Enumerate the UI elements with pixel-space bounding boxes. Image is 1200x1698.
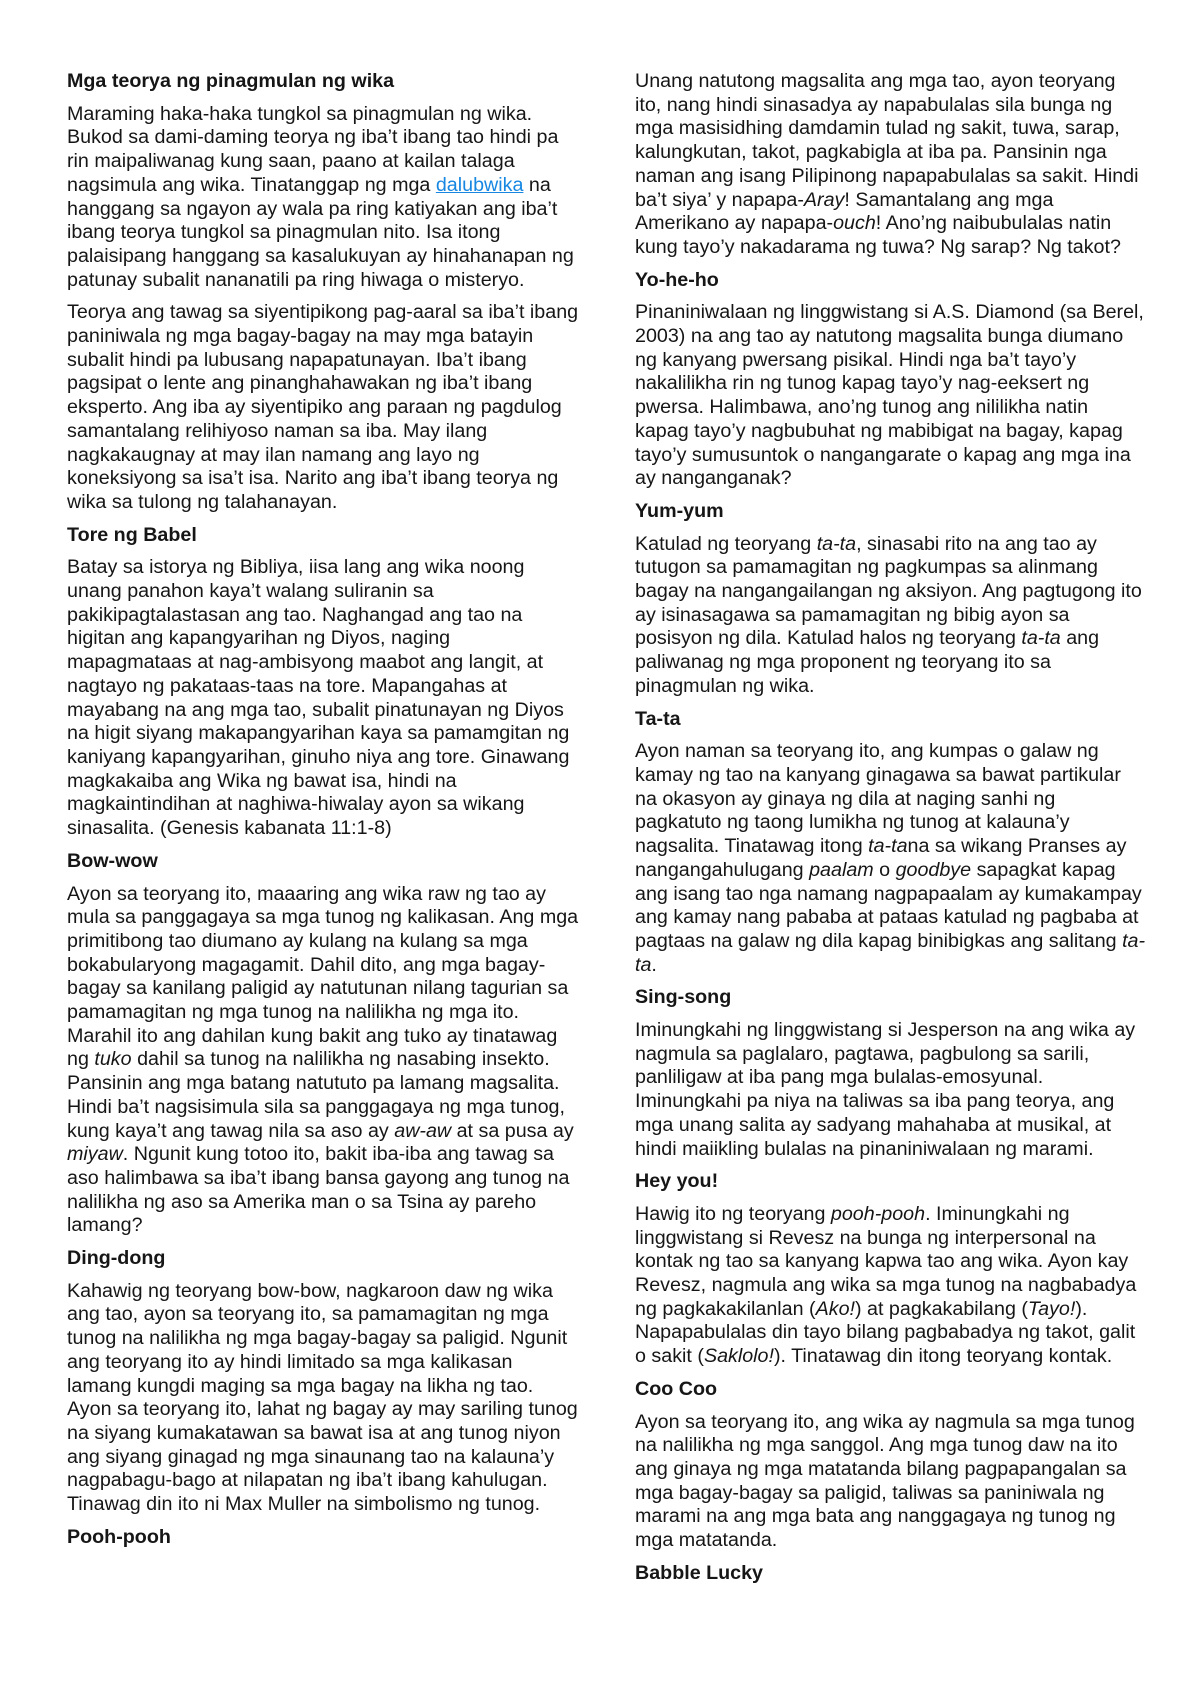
paragraph: Kahawig ng teoryang bow-bow, nagkaroon d… [67,1280,579,1517]
italic-term: ta-ta [817,533,856,555]
section-heading: Ta-ta [635,708,1147,732]
text-run: Pinaniniwalaan ng linggwistang si A.S. D… [635,301,1144,489]
paragraph: Hawig ito ng teoryang pooh-pooh. Iminung… [635,1203,1147,1369]
section-heading: Mga teorya ng pinagmulan ng wika [67,70,579,94]
section-heading: Tore ng Babel [67,524,579,548]
text-run: Kahawig ng teoryang bow-bow, nagkaroon d… [67,1280,578,1515]
section-heading: Yo-he-ho [635,269,1147,293]
section-heading: Pooh-pooh [67,1526,579,1550]
document-page: Mga teorya ng pinagmulan ng wikaMaraming… [0,0,1200,1698]
section-heading: Bow-wow [67,850,579,874]
text-run: ) at pagkakabilang ( [855,1298,1028,1320]
paragraph: Ayon sa teoryang ito, maaaring ang wika … [67,883,579,1239]
paragraph: Ayon sa teoryang ito, ang wika ay nagmul… [635,1411,1147,1553]
text-run: Pooh-pooh [67,1526,171,1548]
text-run: ). Tinatawag din itong teoryang kontak. [774,1345,1112,1367]
text-run: Hey you! [635,1170,718,1192]
text-run: . [651,954,656,976]
italic-term: ta-ta [868,835,907,857]
italic-term: paalam [809,859,874,881]
italic-term: pooh-pooh [831,1203,925,1225]
text-run: Ayon sa teoryang ito, ang wika ay nagmul… [635,1411,1135,1552]
italic-term: Aray [804,189,844,211]
text-run: Yum-yum [635,500,724,522]
text-run: Tore ng Babel [67,524,197,546]
text-run: Hawig ito ng teoryang [635,1203,831,1225]
italic-term: Tayo! [1028,1298,1075,1320]
section-heading: Babble Lucky [635,1562,1147,1586]
italic-term: Ako! [816,1298,855,1320]
section-heading: Sing-song [635,986,1147,1010]
text-run: Yo-he-ho [635,269,719,291]
text-run: Ding-dong [67,1247,165,1269]
italic-term: tuko [94,1048,131,1070]
text-run: Sing-song [635,986,731,1008]
dalubwika-hyperlink[interactable]: dalubwika [436,174,524,196]
text-run: Bow-wow [67,850,158,872]
italic-term: aw-aw [394,1120,451,1142]
paragraph: Katulad ng teoryang ta-ta, sinasabi rito… [635,533,1147,699]
text-run: o [874,859,896,881]
text-run: . Ngunit kung totoo ito, bakit iba-iba a… [67,1143,569,1236]
text-run: Babble Lucky [635,1562,763,1584]
italic-term: miyaw [67,1143,123,1165]
text-run: Iminungkahi ng linggwistang si Jesperson… [635,1019,1135,1160]
section-heading: Yum-yum [635,500,1147,524]
text-run: Coo Coo [635,1378,717,1400]
section-heading: Coo Coo [635,1378,1147,1402]
text-run: Katulad ng teoryang [635,533,817,555]
paragraph: Maraming haka-haka tungkol sa pinagmulan… [67,103,579,293]
text-run: Ta-ta [635,708,681,730]
section-heading: Ding-dong [67,1247,579,1271]
italic-term: ouch [833,212,876,234]
italic-term: Saklolo! [704,1345,774,1367]
paragraph: Iminungkahi ng linggwistang si Jesperson… [635,1019,1147,1161]
italic-term: ta-ta [1021,627,1060,649]
text-run: Batay sa istorya ng Bibliya, iisa lang a… [67,556,569,839]
paragraph: Pinaniniwalaan ng linggwistang si A.S. D… [635,301,1147,491]
text-run: Teorya ang tawag sa siyentipikong pag-aa… [67,301,578,513]
text-run: Ayon sa teoryang ito, maaaring ang wika … [67,883,578,1071]
paragraph: Teorya ang tawag sa siyentipikong pag-aa… [67,301,579,514]
text-run: at sa pusa ay [451,1120,574,1142]
paragraph: Batay sa istorya ng Bibliya, iisa lang a… [67,556,579,840]
italic-term: goodbye [896,859,972,881]
paragraph: Unang natutong magsalita ang mga tao, ay… [635,70,1147,260]
text-run: Mga teorya ng pinagmulan ng wika [67,70,394,92]
right-column: Unang natutong magsalita ang mga tao, ay… [635,70,1147,1658]
paragraph: Ayon naman sa teoryang ito, ang kumpas o… [635,740,1147,977]
left-column: Mga teorya ng pinagmulan ng wikaMaraming… [67,70,579,1658]
section-heading: Hey you! [635,1170,1147,1194]
